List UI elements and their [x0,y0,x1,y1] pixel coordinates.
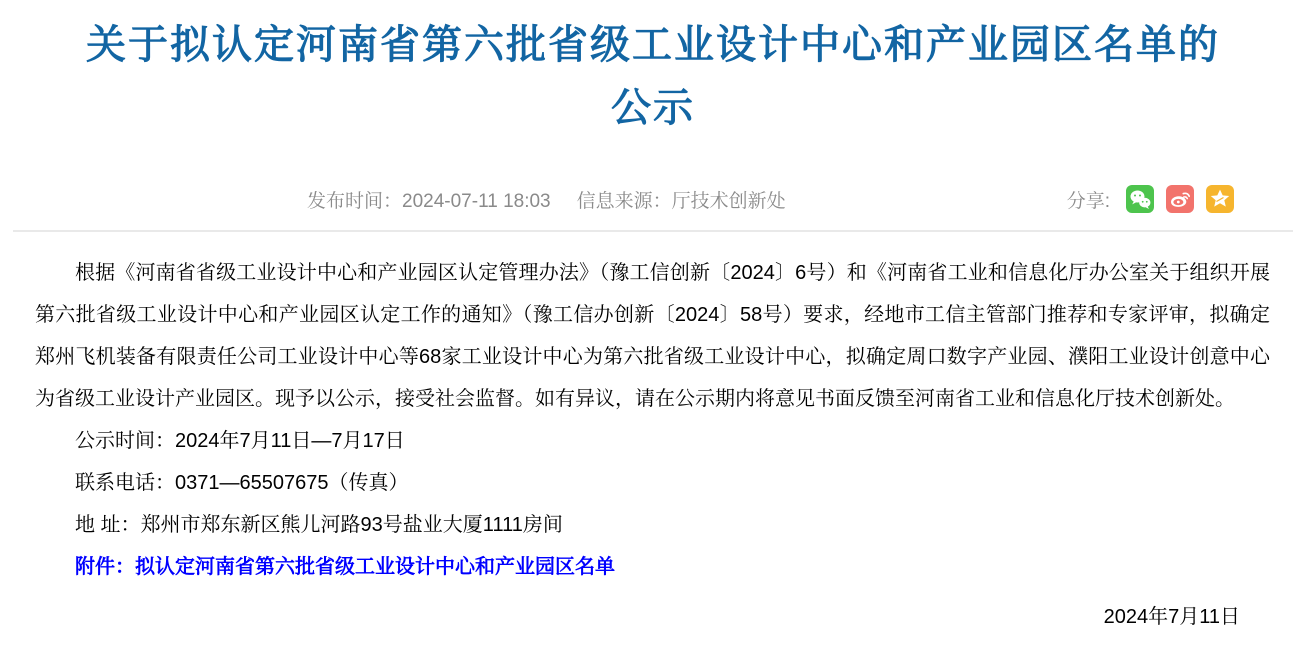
contact-phone-value: 0371—65507675（传真） [175,472,408,494]
document-date: 2024年7月11日 [35,596,1240,638]
address-line: 地 址：郑州市郑东新区熊儿河路93号盐业大厦1111房间 [35,504,1270,546]
source-value: 厅技术创新处 [672,191,786,212]
announcement-page: 关于拟认定河南省第六批省级工业设计中心和产业园区名单的公示 发布时间：2024-… [0,14,1306,638]
source-label: 信息来源： [577,191,672,212]
wechat-share-button[interactable] [1126,185,1154,213]
contact-phone-line: 联系电话：0371—65507675（传真） [35,462,1270,504]
qzone-share-button[interactable] [1206,185,1234,213]
attachment-label: 附件： [75,556,135,578]
publicity-period-value: 2024年7月11日—7月17日 [175,430,405,452]
weibo-icon [1166,185,1194,213]
qzone-icon [1206,185,1234,213]
page-title: 关于拟认定河南省第六批省级工业设计中心和产业园区名单的公示 [78,14,1228,140]
share-bar: 分享: [1067,185,1234,213]
publicity-period-line: 公示时间：2024年7月11日—7月17日 [35,420,1270,462]
attachment-link[interactable]: 拟认定河南省第六批省级工业设计中心和产业园区名单 [135,556,615,578]
publicity-period-label: 公示时间： [75,430,175,452]
wechat-icon [1126,185,1154,213]
share-label: 分享: [1067,186,1110,213]
address-label: 地 址： [75,514,141,536]
publish-time-label: 发布时间： [307,191,402,212]
article-body: 根据《河南省省级工业设计中心和产业园区认定管理办法》（豫工信创新〔2024〕6号… [0,232,1306,638]
weibo-share-button[interactable] [1166,185,1194,213]
address-value: 郑州市郑东新区熊儿河路93号盐业大厦1111房间 [141,514,563,536]
meta-info: 发布时间：2024-07-11 18:03信息来源：厅技术创新处 [307,186,786,213]
announcement-paragraph: 根据《河南省省级工业设计中心和产业园区认定管理办法》（豫工信创新〔2024〕6号… [35,252,1270,420]
attachment-line: 附件：拟认定河南省第六批省级工业设计中心和产业园区名单 [35,546,1270,588]
publish-time-value: 2024-07-11 18:03 [402,191,551,212]
contact-phone-label: 联系电话： [75,472,175,494]
meta-row: 发布时间：2024-07-11 18:03信息来源：厅技术创新处 分享: [0,182,1306,216]
